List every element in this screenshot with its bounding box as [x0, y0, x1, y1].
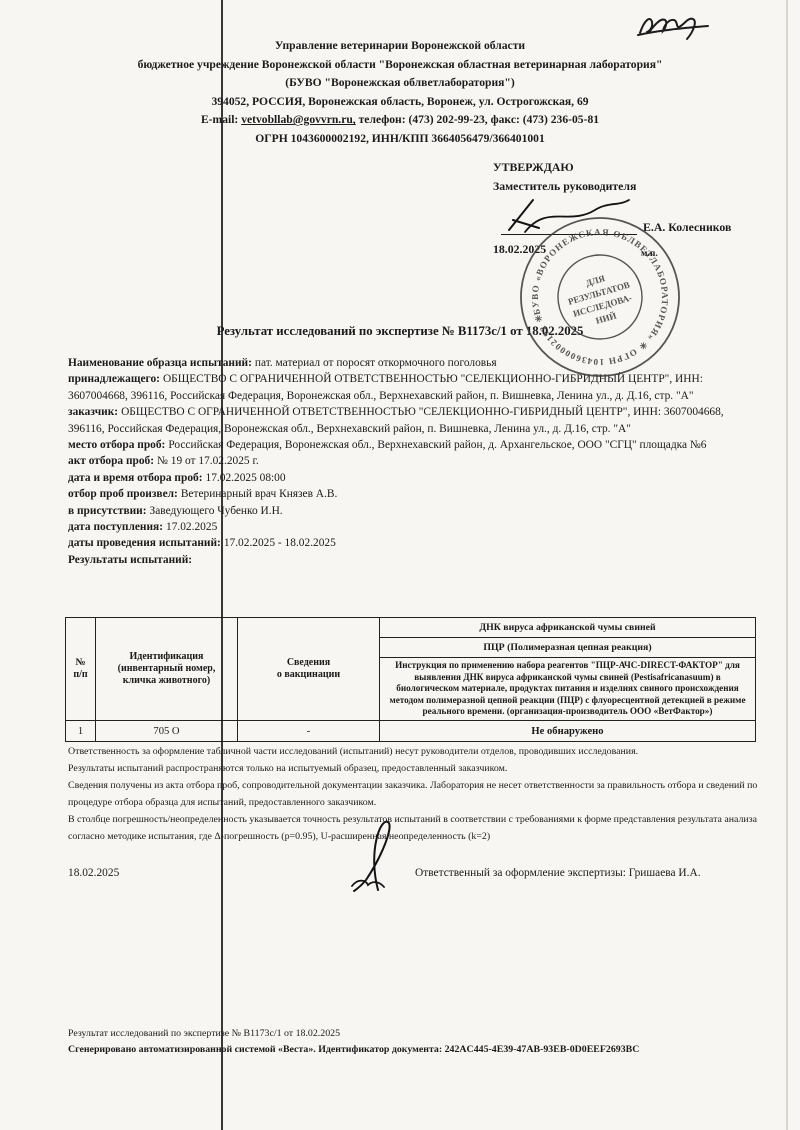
- column-header-identification: Идентификация (инвентарный номер, кличка…: [96, 618, 238, 721]
- info-label: заказчик:: [68, 406, 118, 418]
- org-line-ogrn-inn: ОГРН 1043600002192, ИНН/КПП 3664056479/3…: [40, 130, 760, 149]
- results-table: № п/п Идентификация (инвентарный номер, …: [65, 617, 756, 742]
- info-owner: принадлежащего:ОБЩЕСТВО С ОГРАНИЧЕННОЙ О…: [68, 371, 752, 404]
- email-address: vetvobllab@govvrn.ru,: [241, 113, 356, 126]
- info-value: 17.02.2025 - 18.02.2025: [224, 537, 336, 549]
- info-label: даты проведения испытаний:: [68, 537, 221, 549]
- info-value: Ветеринарный врач Князев А.В.: [181, 488, 338, 500]
- scanned-document-page: Управление ветеринарии Воронежской облас…: [0, 0, 800, 1130]
- row-identification-cell: 705 О: [96, 721, 238, 742]
- stamp-place-label: м.п.: [641, 249, 658, 259]
- footer-generated-line: Сгенерировано автоматизированной системо…: [68, 1042, 758, 1058]
- responsible-person-line: Ответственный за оформление экспертизы: …: [415, 867, 765, 879]
- method-header: ПЦР (Полимеразная цепная реакция): [380, 638, 756, 658]
- organization-header: Управление ветеринарии Воронежской облас…: [40, 37, 760, 149]
- info-label: дата поступления:: [68, 521, 163, 533]
- footnote: Результаты испытаний распространяются то…: [68, 760, 758, 777]
- org-line-short-name: (БУВО "Воронежская облветлаборатория"): [40, 74, 760, 93]
- info-label: в присутствии:: [68, 505, 147, 517]
- signoff-date: 18.02.2025: [68, 867, 119, 879]
- org-line-institution: бюджетное учреждение Воронежской области…: [40, 56, 760, 75]
- info-sampling-datetime: дата и время отбора проб:17.02.2025 08:0…: [68, 470, 752, 486]
- approval-heading: УТВЕРЖДАЮ: [493, 158, 773, 177]
- method-details: Инструкция по применению набора реагенто…: [380, 658, 756, 721]
- table-row: 1 705 О - Не обнаружено: [66, 721, 756, 742]
- info-customer: заказчик:ОБЩЕСТВО С ОГРАНИЧЕННОЙ ОТВЕТСТ…: [68, 404, 752, 437]
- info-label: акт отбора проб:: [68, 455, 154, 467]
- org-line-address: 394052, РОССИЯ, Воронежская область, Вор…: [40, 93, 760, 112]
- info-value: пат. материал от поросят откормочного по…: [255, 357, 497, 369]
- org-line-contacts: E-mail: vetvobllab@govvrn.ru, телефон: (…: [40, 111, 760, 130]
- info-receipt-date: дата поступления:17.02.2025: [68, 519, 752, 535]
- info-value: Заведующего Чубенко И.Н.: [150, 505, 283, 517]
- footer-expertise-line: Результат исследований по экспертизе № В…: [68, 1026, 758, 1042]
- info-testing-dates: даты проведения испытаний:17.02.2025 - 1…: [68, 535, 752, 551]
- row-result-cell: Не обнаружено: [380, 721, 756, 742]
- info-value: Российская Федерация, Воронежская обл., …: [168, 439, 706, 451]
- row-vaccination-cell: -: [238, 721, 380, 742]
- info-value: № 19 от 17.02.2025 г.: [157, 455, 259, 467]
- document-footer: Результат исследований по экспертизе № В…: [68, 1026, 758, 1057]
- footnote: Сведения получены из акта отбора проб, с…: [68, 777, 758, 811]
- scan-artifact-line: [221, 0, 223, 1130]
- info-label: принадлежащего:: [68, 373, 160, 385]
- info-label: Результаты испытаний:: [68, 554, 192, 566]
- info-value: ОБЩЕСТВО С ОГРАНИЧЕННОЙ ОТВЕТСТВЕННОСТЬЮ…: [68, 406, 724, 434]
- analyte-header: ДНК вируса африканской чумы свиней: [380, 618, 756, 638]
- info-value: 17.02.2025 08:00: [206, 472, 286, 484]
- info-sampled-by: отбор проб произвел:Ветеринарный врач Кн…: [68, 486, 752, 502]
- info-results-heading: Результаты испытаний:: [68, 552, 752, 568]
- info-value: 17.02.2025: [166, 521, 217, 533]
- info-label: Наименование образца испытаний:: [68, 357, 252, 369]
- sample-info-section: Наименование образца испытаний:пат. мате…: [68, 355, 752, 568]
- responsible-signature: [346, 808, 418, 896]
- org-line-authority: Управление ветеринарии Воронежской облас…: [40, 37, 760, 56]
- info-label: отбор проб произвел:: [68, 488, 178, 500]
- info-sampling-place: место отбора проб:Российская Федерация, …: [68, 437, 752, 453]
- info-label: место отбора проб:: [68, 439, 165, 451]
- paper-edge-shadow: [786, 0, 788, 1130]
- email-label: E-mail:: [201, 113, 238, 126]
- phone-fax-text: телефон: (473) 202-99-23, факс: (473) 23…: [359, 113, 599, 126]
- footnote: Ответственность за оформление табличной …: [68, 743, 758, 760]
- info-sampling-act: акт отбора проб:№ 19 от 17.02.2025 г.: [68, 453, 752, 469]
- svg-text:НИЙ: НИЙ: [595, 310, 618, 325]
- column-header-vaccination: Сведения о вакцинации: [238, 618, 380, 721]
- info-label: дата и время отбора проб:: [68, 472, 203, 484]
- stamp-center-text: ДЛЯ РЕЗУЛЬТАТОВ ИССЛЕДОВА- НИЙ: [563, 267, 638, 332]
- table-header-row: № п/п Идентификация (инвентарный номер, …: [66, 618, 756, 638]
- column-header-number: № п/п: [66, 618, 96, 721]
- info-witness: в присутствии:Заведующего Чубенко И.Н.: [68, 503, 752, 519]
- row-number-cell: 1: [66, 721, 96, 742]
